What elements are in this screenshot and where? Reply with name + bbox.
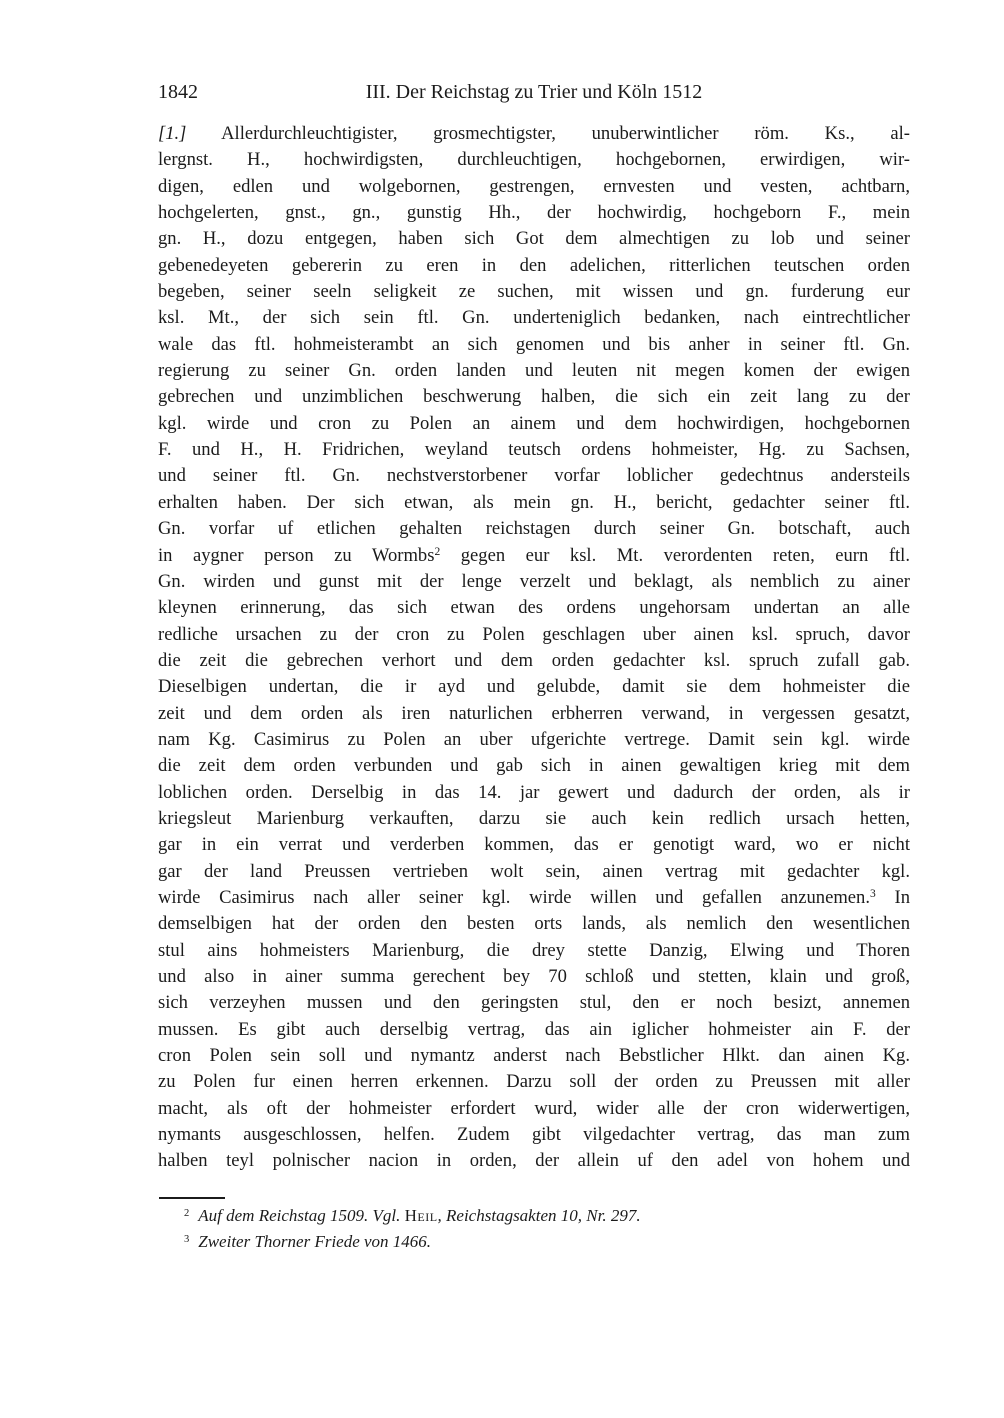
text-segment: die zeit dem orden verbunden und gab sic… [158,755,910,776]
body-line: gar der land Preussen vertrieben wolt se… [158,859,910,885]
body-line: mussen. Es gibt auch derselbig vertrag, … [158,1017,910,1043]
text-segment: F. und H., H. Fridrichen, weyland teutsc… [158,439,910,460]
text-segment: begeben, seiner seeln seligkeit ze suche… [158,281,910,302]
body-line: gebenedeyeten gebererin zu eren in den a… [158,253,910,279]
text-segment: digen, edlen und wolgebornen, gestrengen… [158,176,910,197]
body-line: F. und H., H. Fridrichen, weyland teutsc… [158,437,910,463]
text-segment: mussen. Es gibt auch derselbig vertrag, … [158,1019,910,1040]
text-segment: und also in ainer summa gerechent bey 70… [158,966,910,987]
body-line: Dieselbigen undertan, die ir ayd und gel… [158,674,910,700]
body-line: kleynen erinnerung, das sich etwan des o… [158,595,910,621]
text-segment: gn. H., dozu entgegen, haben sich Got de… [158,228,910,249]
body-line: zu Polen fur einen herren erkennen. Darz… [158,1069,910,1095]
text-segment: die zeit die gebrechen verhort und dem o… [158,650,910,671]
text-segment: Zweiter Thorner Friede von 1466. [198,1232,431,1251]
body-line: begeben, seiner seeln seligkeit ze suche… [158,279,910,305]
text-segment: nymants ausgeschlossen, helfen. Zudem gi… [158,1124,910,1145]
body-text: [1.] Allerdurchleuchtigister, grosmechti… [158,121,910,1175]
body-line: Gn. wirden und gunst mit der lenge verze… [158,569,910,595]
body-line: demselbigen hat der orden den besten ort… [158,911,910,937]
text-segment: kriegsleut Marienburg verkauften, darzu … [158,808,910,829]
text-segment: und seiner ftl. Gn. nechstverstorbener v… [158,465,910,486]
text-segment: gegen eur ksl. Mt. verordenten reten, eu… [440,545,910,566]
body-line: erhalten haben. Der sich etwan, als mein… [158,490,910,516]
body-line: ksl. Mt., der sich sein ftl. Gn. underte… [158,305,910,331]
body-line: stul ains hohmeisters Marienburg, die dr… [158,938,910,964]
text-segment: sich verzeyhen mussen und den geringsten… [158,992,910,1013]
text-segment: , Reichstagsakten 10, Nr. 297. [438,1206,641,1225]
text-segment: In [876,887,910,908]
body-line: sich verzeyhen mussen und den geringsten… [158,990,910,1016]
text-segment: gar der land Preussen vertrieben wolt se… [158,861,910,882]
text-segment: Heil [405,1206,438,1225]
text-segment: in aygner person zu Wormbs [158,545,434,566]
body-line: die zeit dem orden verbunden und gab sic… [158,753,910,779]
text-segment: loblichen orden. Derselbig in das 14. ja… [158,782,910,803]
text-segment: wale das ftl. hohmeisterambt an sich gen… [158,334,910,355]
body-line: in aygner person zu Wormbs2 gegen eur ks… [158,543,910,569]
footnotes: 2Auf dem Reichstag 1509. Vgl. Heil, Reic… [158,1203,910,1255]
text-segment: cron Polen sein soll und nymantz anderst… [158,1045,910,1066]
text-segment: Gn. wirden und gunst mit der lenge verze… [158,571,910,592]
text-segment: kgl. wirde und cron zu Polen an ainem un… [158,413,910,434]
footnote-reference: 2 [184,1208,189,1219]
text-segment: Allerdurchleuchtigister, grosmechtigster… [186,123,910,144]
body-line: wale das ftl. hohmeisterambt an sich gen… [158,332,910,358]
text-segment: zu Polen fur einen herren erkennen. Darz… [158,1071,910,1092]
body-line: die zeit die gebrechen verhort und dem o… [158,648,910,674]
body-line: gebrechen und unzimblichen beschwerung h… [158,384,910,410]
text-segment: macht, als oft der hohmeister erfordert … [158,1098,910,1119]
body-line: hochgelerten, gnst., gn., gunstig Hh., d… [158,200,910,226]
text-segment: regierung zu seiner Gn. orden landen und… [158,360,910,381]
text-segment: gar in ein verrat und verderben kommen, … [158,834,910,855]
footnote-rule [159,1197,225,1199]
running-title: III. Der Reichstag zu Trier und Köln 151… [158,80,910,104]
body-line: gar in ein verrat und verderben kommen, … [158,832,910,858]
body-line: Gn. vorfar uf etlichen gehalten reichsta… [158,516,910,542]
body-line: loblichen orden. Derselbig in das 14. ja… [158,780,910,806]
body-line: gn. H., dozu entgegen, haben sich Got de… [158,226,910,252]
body-line: und seiner ftl. Gn. nechstverstorbener v… [158,463,910,489]
text-segment: halben teyl polnischer nacion in orden, … [158,1150,910,1171]
text-segment: demselbigen hat der orden den besten ort… [158,913,910,934]
text-segment: Auf dem Reichstag 1509. Vgl. [198,1206,404,1225]
text-segment: [1.] [158,123,186,144]
footnote-line: 3Zweiter Thorner Friede von 1466. [158,1229,910,1255]
text-segment: gebrechen und unzimblichen beschwerung h… [158,386,910,407]
footnote-line: 2Auf dem Reichstag 1509. Vgl. Heil, Reic… [158,1203,910,1229]
body-line: zeit und dem orden als iren naturlichen … [158,701,910,727]
text-segment: stul ains hohmeisters Marienburg, die dr… [158,940,910,961]
footnote-reference: 3 [184,1234,189,1245]
text-segment: kleynen erinnerung, das sich etwan des o… [158,597,910,618]
text-segment: erhalten haben. Der sich etwan, als mein… [158,492,910,513]
body-line: kgl. wirde und cron zu Polen an ainem un… [158,411,910,437]
page-number: 1842 [158,80,198,104]
text-segment: gebenedeyeten gebererin zu eren in den a… [158,255,910,276]
book-page: 1842 III. Der Reichstag zu Trier und Köl… [0,0,1004,1418]
footnote-reference: 3 [870,888,876,900]
body-line: cron Polen sein soll und nymantz anderst… [158,1043,910,1069]
body-line: nymants ausgeschlossen, helfen. Zudem gi… [158,1122,910,1148]
body-line: digen, edlen und wolgebornen, gestrengen… [158,174,910,200]
text-segment: wirde Casimirus nach aller seiner kgl. w… [158,887,870,908]
text-segment: Gn. vorfar uf etlichen gehalten reichsta… [158,518,910,539]
body-line: wirde Casimirus nach aller seiner kgl. w… [158,885,910,911]
text-segment: hochgelerten, gnst., gn., gunstig Hh., d… [158,202,910,223]
footnote-reference: 2 [434,546,440,558]
text-segment: ksl. Mt., der sich sein ftl. Gn. underte… [158,307,910,328]
text-segment: zeit und dem orden als iren naturlichen … [158,703,910,724]
text-segment: nam Kg. Casimirus zu Polen an uber ufger… [158,729,910,750]
body-line: und also in ainer summa gerechent bey 70… [158,964,910,990]
body-line: nam Kg. Casimirus zu Polen an uber ufger… [158,727,910,753]
body-line: kriegsleut Marienburg verkauften, darzu … [158,806,910,832]
body-line: redliche ursachen zu der cron zu Polen g… [158,622,910,648]
body-line: halben teyl polnischer nacion in orden, … [158,1148,910,1174]
text-segment: Dieselbigen undertan, die ir ayd und gel… [158,676,910,697]
body-line: lergnst. H., hochwirdigsten, durchleucht… [158,147,910,173]
body-line: [1.] Allerdurchleuchtigister, grosmechti… [158,121,910,147]
body-line: regierung zu seiner Gn. orden landen und… [158,358,910,384]
page-header: 1842 III. Der Reichstag zu Trier und Köl… [158,80,910,104]
text-segment: lergnst. H., hochwirdigsten, durchleucht… [158,149,910,170]
body-line: macht, als oft der hohmeister erfordert … [158,1096,910,1122]
text-segment: redliche ursachen zu der cron zu Polen g… [158,624,910,645]
